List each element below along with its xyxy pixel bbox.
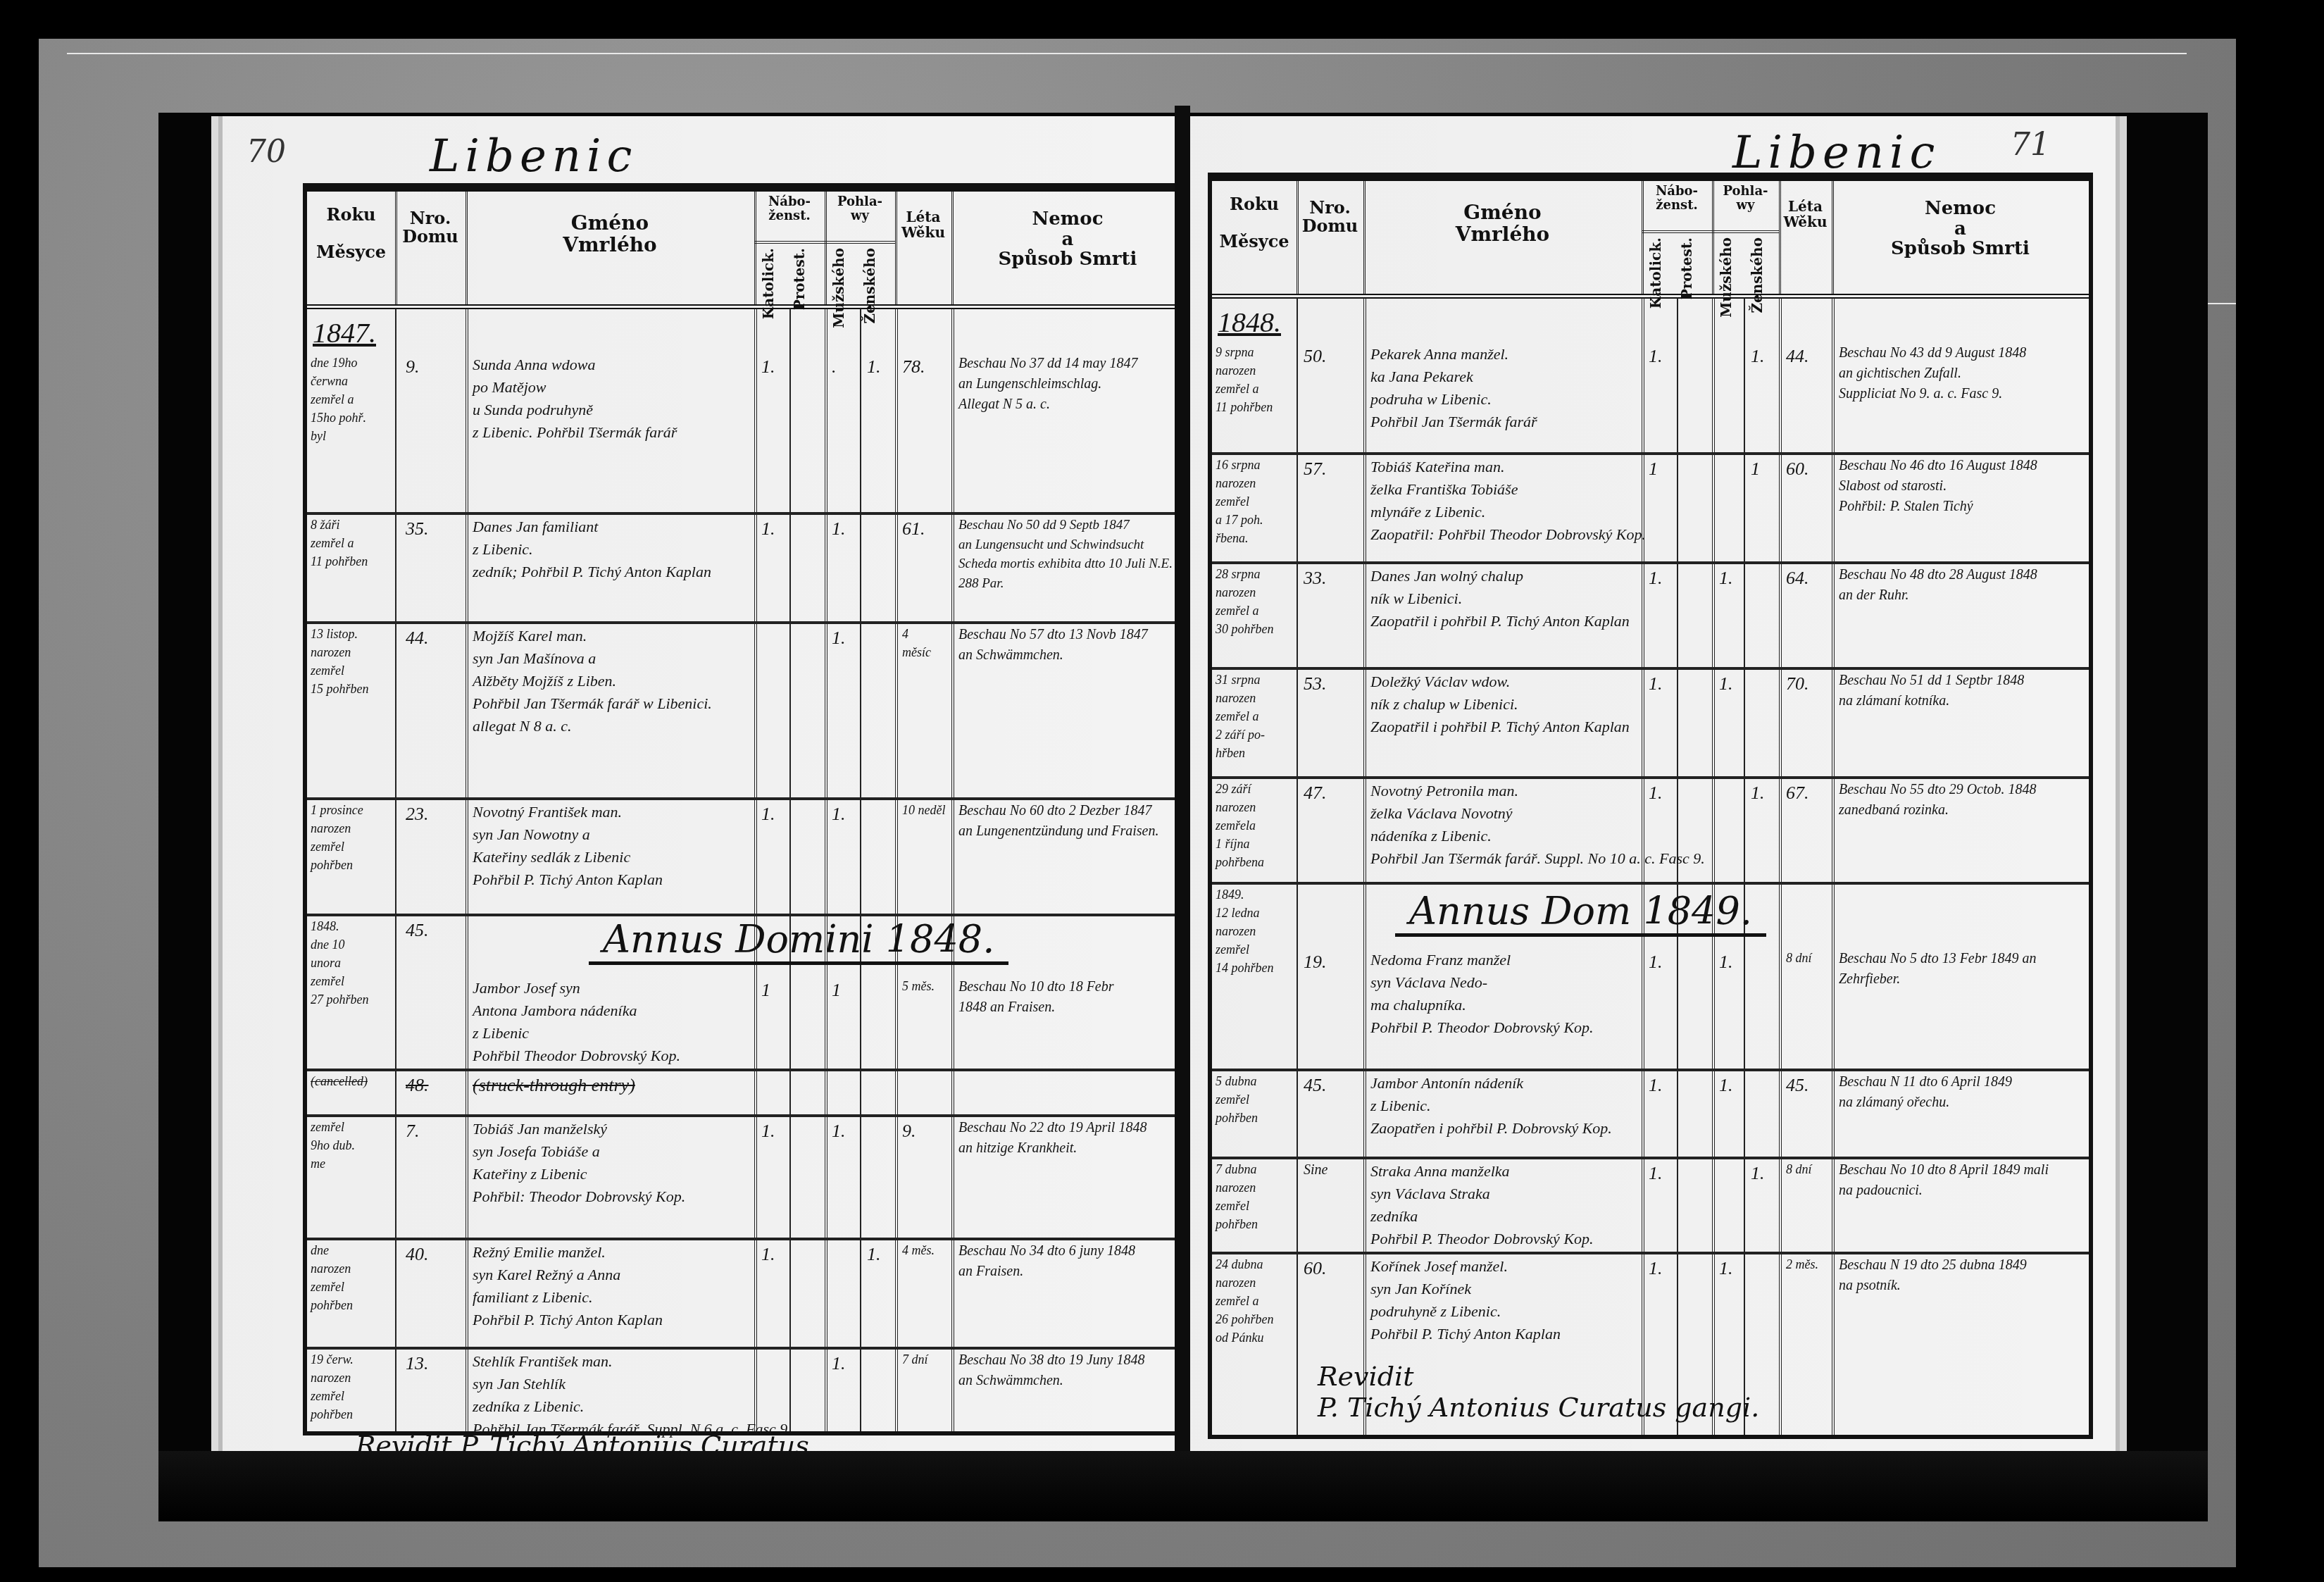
table-row: 7 dubna narozen zemřel pohřben Sine Stra… bbox=[1212, 1157, 2089, 1254]
table-row: 9 srpna narozen zemřel a 11 pohřben 50. … bbox=[1212, 340, 2089, 455]
col-religion: Nábo- ženst. Katolick. Protest. bbox=[1642, 181, 1714, 294]
page-number: 71 bbox=[2011, 127, 2050, 163]
table-row: 28 srpna narozen zemřel a 30 pohřben 33.… bbox=[1212, 561, 2089, 670]
page-number: 70 bbox=[246, 134, 286, 170]
place-heading: Libenic bbox=[430, 130, 637, 182]
table-row-cancelled: (cancelled) 48. (struck-through entry) bbox=[307, 1069, 1184, 1117]
col-name: Gméno Vmrlého bbox=[466, 192, 756, 304]
right-page: Libenic 71 Roku Měsyce Nro. Domu Gméno V… bbox=[1190, 116, 2127, 1451]
left-page: 70 Libenic Roku Měsyce Nro. Domu Gméno V… bbox=[211, 116, 1194, 1451]
col-name: Gméno Vmrlého bbox=[1363, 181, 1644, 294]
place-heading: Libenic bbox=[1732, 127, 1940, 179]
col-house-no: Nro. Domu bbox=[1297, 181, 1366, 294]
col-house-no: Nro. Domu bbox=[395, 192, 468, 304]
col-year-month: Roku Měsyce bbox=[307, 192, 397, 304]
table-row: 1 prosince narozen zemřel pohřben 23. No… bbox=[307, 797, 1184, 916]
table-row: dne 19ho čerwna zemřel a 15ho pohř. byl … bbox=[307, 350, 1184, 515]
table-row: Annus Domini 1848. 1848. dne 10 unora ze… bbox=[307, 914, 1184, 1071]
table-row: dne narozen zemřel pohřben 40. Režný Emi… bbox=[307, 1238, 1184, 1350]
col-age: Léta Wěku bbox=[1779, 181, 1834, 294]
table-row: 31 srpna narozen zemřel a 2 září po- hřb… bbox=[1212, 667, 2089, 779]
table-row: zemřel 9ho dub. me 7. Tobiáš Jan manžels… bbox=[307, 1114, 1184, 1240]
table-row: 24 dubna narozen zemřel a 26 pohřben od … bbox=[1212, 1252, 2089, 1435]
table-row: 13 listop. narozen zemřel 15 pohřben 44.… bbox=[307, 621, 1184, 800]
col-religion: Nábo- ženst. Katolick. Protest. bbox=[754, 192, 827, 304]
col-year-month: Roku Měsyce bbox=[1212, 181, 1299, 294]
col-sex: Pohla- wy Mužského Ženského bbox=[825, 192, 897, 304]
table-header: Roku Měsyce Nro. Domu Gméno Vmrlého Nábo… bbox=[307, 192, 1184, 309]
book-gutter bbox=[1175, 106, 1190, 1451]
table-row: 5 dubna zemřel pohřben 45. Jambor Antoní… bbox=[1212, 1069, 2089, 1159]
register-table: Roku Měsyce Nro. Domu Gméno Vmrlého Nábo… bbox=[303, 183, 1188, 1435]
table-row: 19 čerw. narozen zemřel pohřben 13. Steh… bbox=[307, 1347, 1184, 1431]
annus-heading: Annus Dom 1849. bbox=[1395, 889, 1766, 937]
table-row: 8 žáři zemřel a 11 pohřben 35. Danes Jan… bbox=[307, 512, 1184, 624]
col-sex: Pohla- wy Mužského Ženského bbox=[1712, 181, 1781, 294]
table-row: 29 září narozen zemřela 1 října pohřbena… bbox=[1212, 776, 2089, 885]
col-disease: Nemoc a Spůsob Smrti bbox=[1832, 181, 2089, 294]
year-mark: 1848. bbox=[1218, 302, 1281, 343]
year-mark: 1847. bbox=[313, 313, 376, 354]
table-header: Roku Měsyce Nro. Domu Gméno Vmrlého Nábo… bbox=[1212, 181, 2089, 299]
register-table: Roku Měsyce Nro. Domu Gméno Vmrlého Nábo… bbox=[1208, 173, 2093, 1439]
revision-signature: Revidit P. Tichý Antonius Curatus gangi. bbox=[1318, 1361, 1759, 1423]
table-row: 16 srpna narozen zemřel a 17 poh. řbena.… bbox=[1212, 452, 2089, 564]
col-age: Léta Wěku bbox=[895, 192, 954, 304]
table-row: Annus Dom 1849. 1849. 12 ledna narozen z… bbox=[1212, 882, 2089, 1071]
annus-heading: Annus Domini 1848. bbox=[589, 917, 1008, 965]
book-bottom-edge bbox=[158, 1451, 2208, 1521]
col-disease: Nemoc a Spůsob Smrti bbox=[951, 192, 1184, 304]
scan-artifact-line bbox=[67, 53, 2187, 54]
